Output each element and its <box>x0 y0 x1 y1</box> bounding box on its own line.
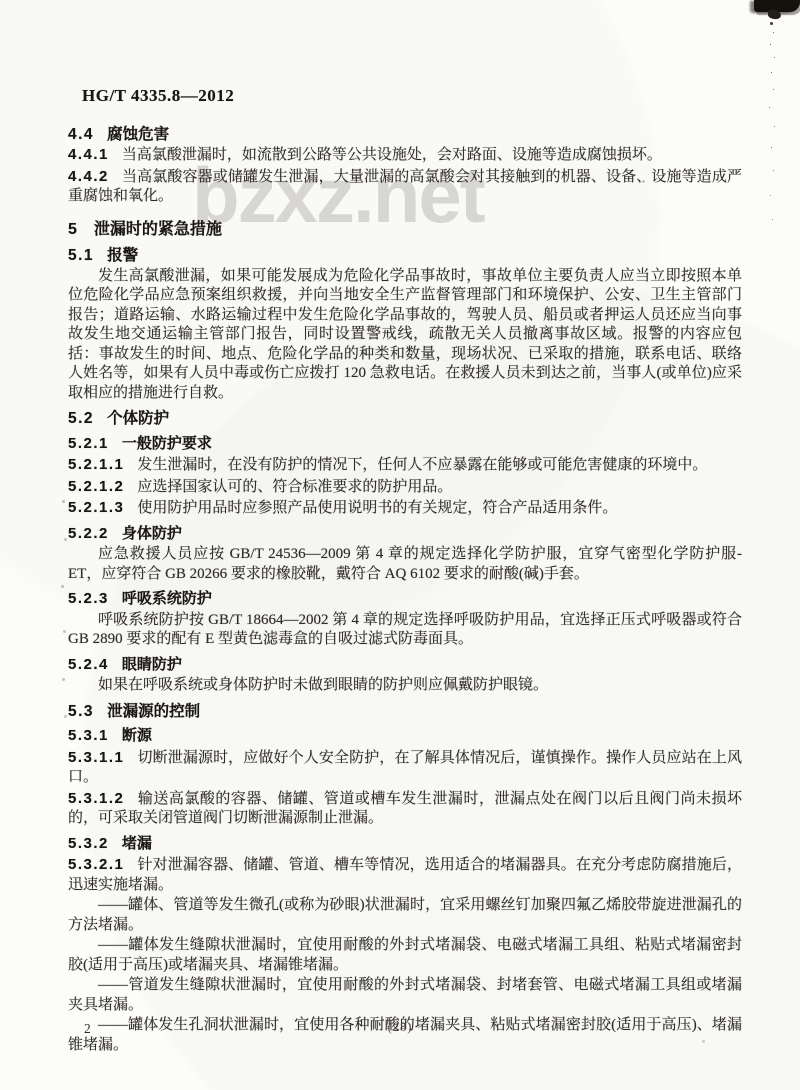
clause-title: 泄漏源的控制 <box>107 703 200 720</box>
dash-item-pinhole-leak: ——罐体、管道等发生微孔(或称为砂眼)状泄漏时，宜采用螺丝钉加聚四氟乙烯胶带旋进… <box>68 896 742 935</box>
clause-number: 5.2.1.3 <box>68 499 137 516</box>
clause-title: 堵漏 <box>122 835 152 852</box>
clause-number: 5 <box>68 221 94 238</box>
heading-5-2-3: 5.2.3呼吸系统防护 <box>68 589 742 610</box>
scanned-standard-page: bzxz.net HG/T 4335.8—2012 4.4腐蚀危害 4.4.1当… <box>0 0 800 1090</box>
clause-number: 5.3.2.1 <box>68 856 137 873</box>
clause-4-4-2: 4.4.2当高氯酸容器或储罐发生泄漏，大量泄漏的高氯酸会对其接触到的机器、设备、… <box>68 167 742 207</box>
clause-number: 5.3.1 <box>68 727 122 744</box>
clause-text: 当高氯酸泄漏时，如流散到公路等公共设施处，会对路面、设施等造成腐蚀损坏。 <box>122 147 662 163</box>
clause-number: 5.3 <box>68 703 107 720</box>
clause-number: 5.2.3 <box>68 590 122 607</box>
heading-5-1: 5.1报警 <box>68 246 742 266</box>
clause-number: 5.3.2 <box>68 835 122 852</box>
heading-5-2-1: 5.2.1一般防护要求 <box>68 434 742 455</box>
heading-4-4: 4.4腐蚀危害 <box>68 125 742 145</box>
clause-title: 眼睛防护 <box>122 656 182 673</box>
clause-5-2-1-2: 5.2.1.2应选择国家认可的、符合标准要求的防护用品。 <box>68 477 742 498</box>
heading-5-3: 5.3泄漏源的控制 <box>68 702 742 722</box>
clause-number: 4.4 <box>68 126 107 143</box>
document-body: HG/T 4335.8—2012 4.4腐蚀危害 4.4.1当高氯酸泄漏时，如流… <box>68 86 742 1056</box>
clause-number: 5.2 <box>68 410 107 427</box>
clause-number: 4.4.1 <box>68 146 122 163</box>
clause-text: 使用防护用品时应参照产品使用说明书的有关规定，符合产品适用条件。 <box>137 500 617 516</box>
clause-text: 针对泄漏容器、储罐、管道、槽车等情况，选用适合的堵漏器具。在充分考虑防腐措施后，… <box>68 857 742 893</box>
paragraph-respiratory-protection: 呼吸系统防护按 GB/T 18664—2002 第 4 章的规定选择呼吸防护用品… <box>68 611 742 650</box>
clause-5-2-1-3: 5.2.1.3使用防护用品时应参照产品使用说明书的有关规定，符合产品适用条件。 <box>68 498 742 519</box>
clause-text: 切断泄漏源时，应做好个人安全防护，在了解具体情况后，谨慎操作。操作人员应站在上风… <box>68 750 742 786</box>
clause-number: 5.2.2 <box>68 525 122 542</box>
dash-item-tank-crack-leak: ——罐体发生缝隙状泄漏时，宜使用耐酸的外封式堵漏袋、电磁式堵漏工具组、粘贴式堵漏… <box>68 936 742 975</box>
clause-number: 5.2.1.2 <box>68 478 137 495</box>
paragraph-alarm: 发生高氯酸泄漏，如果可能发展成为危险化学品事故时，事故单位主要负责人应当立即按照… <box>68 267 742 404</box>
clause-number: 5.2.4 <box>68 656 122 673</box>
clause-text: 当高氯酸容器或储罐发生泄漏，大量泄漏的高氯酸会对其接触到的机器、设备、设施等造成… <box>68 169 742 205</box>
clause-5-3-1-1: 5.3.1.1切断泄漏源时，应做好个人安全防护，在了解具体情况后，谨慎操作。操作… <box>68 748 742 788</box>
clause-4-4-1: 4.4.1当高氯酸泄漏时，如流散到公路等公共设施处，会对路面、设施等造成腐蚀损坏… <box>68 145 742 166</box>
clause-title: 呼吸系统防护 <box>122 590 212 607</box>
clause-title: 个体防护 <box>107 410 169 427</box>
standard-code-header: HG/T 4335.8—2012 <box>82 86 742 106</box>
clause-title: 报警 <box>107 247 138 264</box>
heading-5-2-2: 5.2.2身体防护 <box>68 524 742 545</box>
clause-number: 4.4.2 <box>68 168 122 185</box>
clause-number: 5.3.1.2 <box>68 790 137 807</box>
heading-5: 5泄漏时的紧急措施 <box>68 220 742 240</box>
clause-5-2-1-1: 5.2.1.1发生泄漏时，在没有防护的情况下，任何人不应暴露在能够或可能危害健康… <box>68 455 742 476</box>
clause-title: 腐蚀危害 <box>107 126 169 143</box>
clause-5-3-2-1: 5.3.2.1针对泄漏容器、储罐、管道、槽车等情况，选用适合的堵漏器具。在充分考… <box>68 855 742 895</box>
clause-number: 5.3.1.1 <box>68 749 137 766</box>
compilation-page-number: (28) <box>0 1020 800 1035</box>
scan-speckles-left <box>62 500 65 503</box>
clause-title: 断源 <box>122 727 152 744</box>
heading-5-3-1: 5.3.1断源 <box>68 726 742 747</box>
clause-number: 5.2.1.1 <box>68 456 137 473</box>
scan-speckles-right <box>770 22 773 25</box>
clause-text: 应选择国家认可的、符合标准要求的防护用品。 <box>137 479 452 495</box>
clause-5-3-1-2: 5.3.1.2输送高氯酸的容器、储罐、管道或槽车发生泄漏时，泄漏点处在阀门以后且… <box>68 789 742 829</box>
clause-number: 5.2.1 <box>68 435 122 452</box>
paragraph-eye-protection: 如果在呼吸系统或身体防护时未做到眼睛的防护则应佩戴防护眼镜。 <box>68 676 742 696</box>
heading-5-2-4: 5.2.4眼睛防护 <box>68 655 742 676</box>
clause-title: 一般防护要求 <box>122 435 212 452</box>
clause-text: 发生泄漏时，在没有防护的情况下，任何人不应暴露在能够或可能危害健康的环境中。 <box>137 457 707 473</box>
clause-text: 输送高氯酸的容器、储罐、管道或槽车发生泄漏时，泄漏点处在阀门以后且阀门尚未损坏的… <box>68 791 742 827</box>
clause-title: 泄漏时的紧急措施 <box>94 221 222 238</box>
paragraph-body-protection: 应急救援人员应按 GB/T 24536—2009 第 4 章的规定选择化学防护服… <box>68 545 742 584</box>
clause-title: 身体防护 <box>122 525 182 542</box>
clause-number: 5.1 <box>68 247 107 264</box>
heading-5-2: 5.2个体防护 <box>68 409 742 429</box>
heading-5-3-2: 5.3.2堵漏 <box>68 834 742 855</box>
dash-item-pipe-crack-leak: ——管道发生缝隙状泄漏时，宜使用耐酸的外封式堵漏袋、封堵套管、电磁式堵漏工具组或… <box>68 976 742 1015</box>
